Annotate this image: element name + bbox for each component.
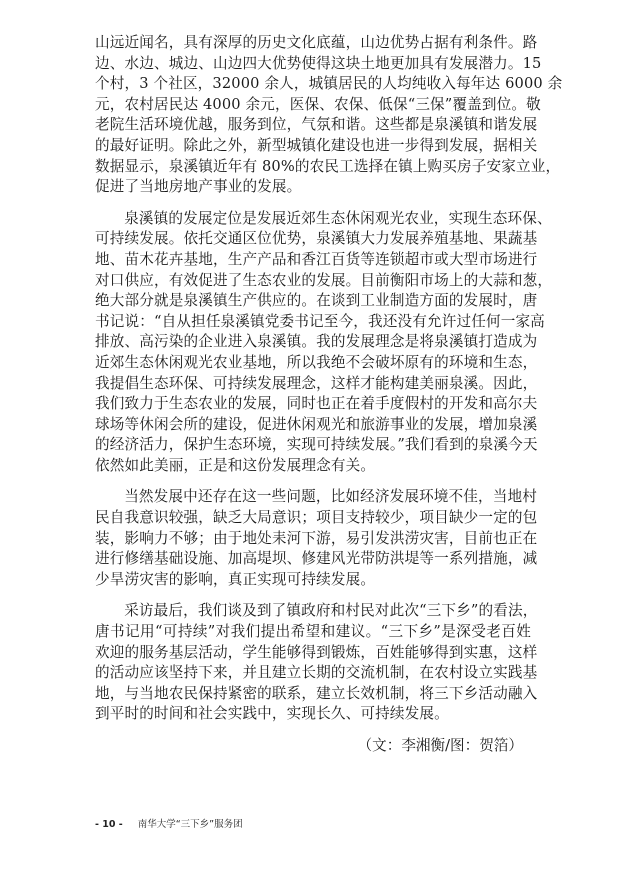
text-line: 欢迎的服务基层活动，学生能够得到锻炼，百姓能够得到实惠，这样 bbox=[95, 643, 531, 664]
text-line: 地，与当地农民保持紧密的联系，建立长效机制，将三下乡活动融入 bbox=[95, 684, 531, 705]
text-line: 依然如此美丽，正是和这份发展理念有关。 bbox=[95, 456, 531, 477]
text-line: 对口供应，有效促进了生态农业的发展。目前衡阳市场上的大蒜和葱， bbox=[95, 271, 531, 292]
paragraph-4: 采访最后，我们谈及到了镇政府和村民对此次“三下乡”的看法， 唐书记用“可持续”对… bbox=[95, 601, 531, 725]
text-line: 元，农村居民达 4000 余元，医保、农保、低保“三保”覆盖到位。敬 bbox=[95, 95, 531, 116]
text-line: 泉溪镇的发展定位是发展近郊生态休闲观光农业，实现生态环保、 bbox=[95, 209, 531, 230]
text-line: 数据显示，泉溪镇近年有 80%的农民工选择在镇上购买房子安家立业， bbox=[95, 157, 531, 178]
text-line: 采访最后，我们谈及到了镇政府和村民对此次“三下乡”的看法， bbox=[95, 601, 531, 622]
text-line: 近郊生态休闲观光农业基地，所以我绝不会破坏原有的环境和生态， bbox=[95, 353, 531, 374]
text-line: 可持续发展。依托交通区位优势，泉溪镇大力发展养殖基地、果蔬基 bbox=[95, 229, 531, 250]
text-line: 山远近闻名，具有深厚的历史文化底蕴，山边优势占据有利条件。路 bbox=[95, 33, 531, 54]
article-byline: （文：李湘衡/图：贺箔） bbox=[95, 736, 531, 757]
text-line: 排放、高污染的企业进入泉溪镇。我的发展理念是将泉溪镇打造成为 bbox=[95, 332, 531, 353]
text-line: 促进了当地房地产事业的发展。 bbox=[95, 177, 531, 198]
text-line: 书记说：“自从担任泉溪镇党委书记至今，我还没有允许过任何一家高 bbox=[95, 312, 531, 333]
text-line: 装，影响力不够；由于地处耒河下游，易引发洪涝灾害，目前也正在 bbox=[95, 529, 531, 550]
page-number: - 10 - bbox=[95, 819, 123, 830]
article-body: 山远近闻名，具有深厚的历史文化底蕴，山边优势占据有利条件。路 边、水边、城边、山… bbox=[95, 33, 531, 757]
text-line: 地、苗木花卉基地，生产产品和香江百货等连锁超市或大型市场进行 bbox=[95, 250, 531, 271]
text-line: 边、水边、城边、山边四大优势使得这块土地更加具有发展潜力。15 bbox=[95, 54, 531, 75]
text-line: 球场等休闲会所的建设，促进休闲观光和旅游事业的发展，增加泉溪 bbox=[95, 415, 531, 436]
text-line: 进行修缮基础设施、加高堤坝、修建风光带防洪堤等一系列措施，减 bbox=[95, 549, 531, 570]
text-line: 到平时的时间和社会实践中，实现长久、可持续发展。 bbox=[95, 704, 531, 725]
footer-organization: 南华大学“三下乡”服务团 bbox=[138, 819, 243, 830]
text-line: 老院生活环境优越，服务到位，气氛和谐。这些都是泉溪镇和谐发展 bbox=[95, 115, 531, 136]
page-footer: - 10 - 南华大学“三下乡”服务团 bbox=[95, 816, 243, 830]
text-line: 的活动应该坚持下来，并且建立长期的交流机制，在农村设立实践基 bbox=[95, 663, 531, 684]
text-line: 少旱涝灾害的影响，真正实现可持续发展。 bbox=[95, 570, 531, 591]
text-line: 的最好证明。除此之外，新型城镇化建设也进一步得到发展，据相关 bbox=[95, 136, 531, 157]
paragraph-3: 当然发展中还存在这一些问题，比如经济发展环境不佳，当地村 民自我意识较强，缺乏大… bbox=[95, 487, 531, 590]
text-line: 我提倡生态环保、可持续发展理念，这样才能构建美丽泉溪。因此， bbox=[95, 374, 531, 395]
text-line: 当然发展中还存在这一些问题，比如经济发展环境不佳，当地村 bbox=[95, 487, 531, 508]
paragraph-2: 泉溪镇的发展定位是发展近郊生态休闲观光农业，实现生态环保、 可持续发展。依托交通… bbox=[95, 209, 531, 477]
text-line: 个村，3 个社区，32000 余人，城镇居民的人均纯收入每年达 6000 余 bbox=[95, 74, 531, 95]
text-line: 唐书记用“可持续”对我们提出希望和建议。“三下乡”是深受老百姓 bbox=[95, 622, 531, 643]
text-line: 我们致力于生态农业的发展，同时也正在着手度假村的开发和高尔夫 bbox=[95, 394, 531, 415]
paragraph-1: 山远近闻名，具有深厚的历史文化底蕴，山边优势占据有利条件。路 边、水边、城边、山… bbox=[95, 33, 531, 198]
text-line: 民自我意识较强，缺乏大局意识；项目支持较少，项目缺少一定的包 bbox=[95, 508, 531, 529]
text-line: 绝大部分就是泉溪镇生产供应的。在谈到工业制造方面的发展时，唐 bbox=[95, 291, 531, 312]
text-line: 的经济活力，保护生态环境，实现可持续发展。”我们看到的泉溪今天 bbox=[95, 435, 531, 456]
